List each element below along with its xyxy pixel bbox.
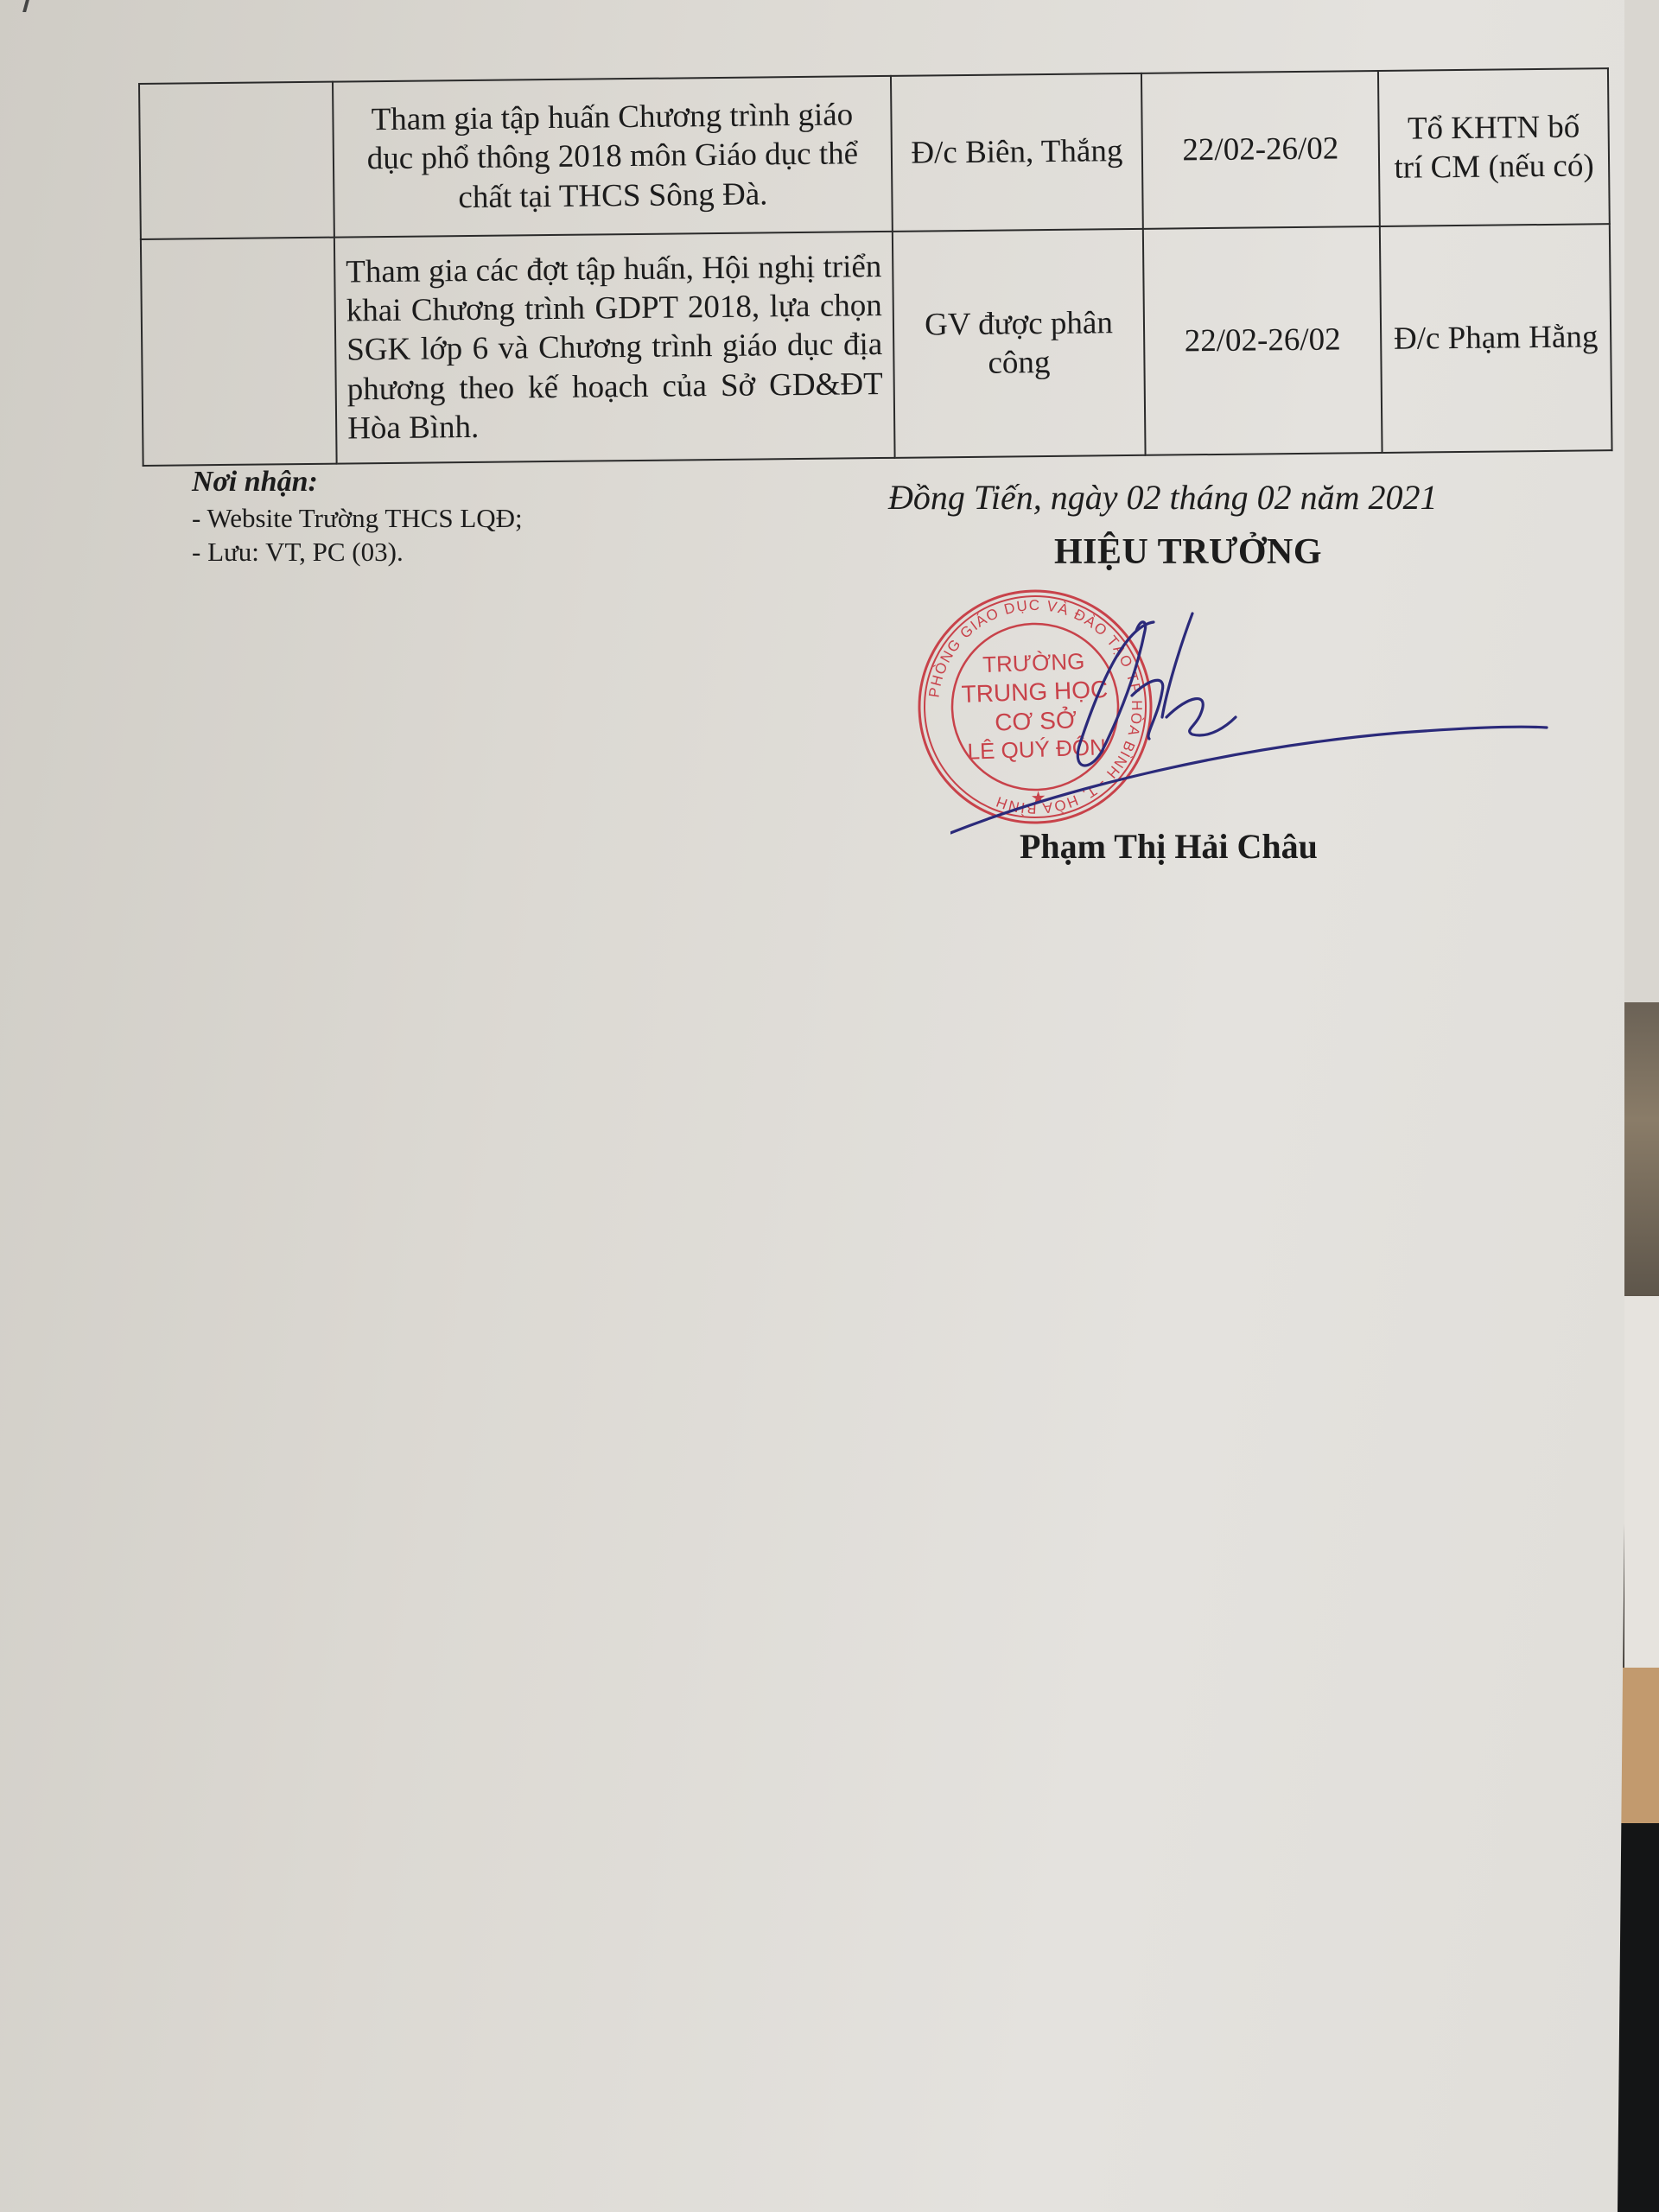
activity-plan-table: Tham gia tập huấn Chương trình giáo dục … [138, 67, 1613, 467]
group-cell [139, 82, 334, 239]
participants-cell: Đ/c Biên, Thắng [891, 73, 1143, 232]
recipient-item: - Website Trường THCS LQĐ; [192, 501, 523, 536]
recipients-block: Nơi nhận: - Website Trường THCS LQĐ; - L… [192, 463, 523, 569]
signer-name: Phạm Thị Hải Châu [1020, 826, 1318, 867]
handwritten-signature-icon [950, 596, 1555, 847]
task-cell: Tham gia các đợt tập huấn, Hội nghị triể… [334, 232, 895, 464]
participants-cell: GV được phân công [893, 229, 1146, 458]
recipient-item: - Lưu: VT, PC (03). [192, 535, 523, 569]
place-date: Đồng Tiến, ngày 02 tháng 02 năm 2021 [888, 477, 1438, 518]
task-cell: Tham gia tập huấn Chương trình giáo dục … [333, 76, 893, 238]
background-tray [1624, 1002, 1659, 1296]
page-mark [22, 0, 29, 12]
table-row: Tham gia tập huấn Chương trình giáo dục … [139, 68, 1610, 239]
recipients-heading: Nơi nhận: [192, 463, 523, 501]
table-row: Tham gia các đợt tập huấn, Hội nghị triể… [141, 224, 1612, 466]
background-object [1624, 1296, 1659, 1676]
note-cell: Tổ KHTN bố trí CM (nếu có) [1378, 68, 1610, 226]
document-page: Tham gia tập huấn Chương trình giáo dục … [0, 0, 1624, 2212]
note-cell: Đ/c Phạm Hằng [1380, 224, 1612, 453]
group-cell [141, 238, 337, 466]
time-cell: 22/02-26/02 [1141, 71, 1380, 229]
signer-title: HIỆU TRƯỞNG [1054, 531, 1322, 573]
time-cell: 22/02-26/02 [1143, 226, 1382, 455]
